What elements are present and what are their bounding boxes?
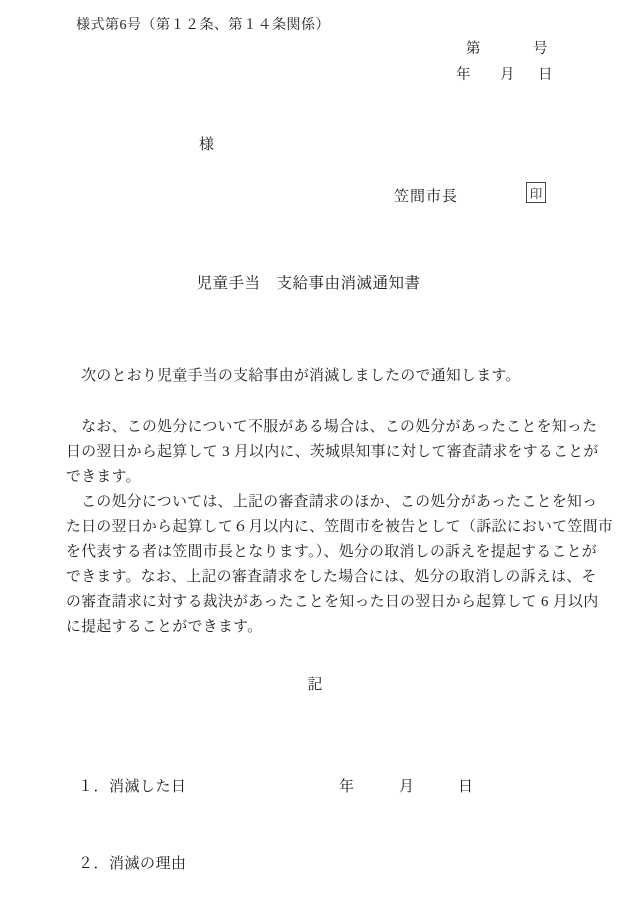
- seal-mark: 印: [526, 182, 546, 203]
- ki-heading: 記: [0, 673, 630, 694]
- doc-number-prefix: 第: [466, 37, 481, 58]
- body-line: た日の翌日から起算して６月以内に、笠間市を被告として（訴訟において笠間市: [66, 515, 613, 540]
- item1-month-label: 月: [399, 775, 414, 796]
- doc-number-suffix: 号: [533, 37, 548, 58]
- body-line: できます。なお、上記の審査請求をした場合には、処分の取消しの訴えは、そ: [66, 565, 613, 590]
- date-year-label: 年: [456, 63, 471, 84]
- body-line: を代表する者は笠間市長となります。）、処分の取消しの訴えを提起することが: [66, 540, 613, 565]
- document-title: 児童手当 支給事由消滅通知書: [0, 271, 617, 293]
- body-line: 日の翌日から起算して 3 月以内に、茨城県知事に対して審査請求をすることが: [66, 440, 613, 465]
- body-line: なお、この処分について不服がある場合は、この処分があったことを知った: [66, 415, 613, 440]
- appeal-information-paragraphs: なお、この処分について不服がある場合は、この処分があったことを知った 日の翌日か…: [66, 415, 613, 640]
- form-number: 様式第6号（第１２条、第１４条関係）: [76, 14, 330, 34]
- item1-day-label: 日: [458, 775, 473, 796]
- body-line: に提起することができます。: [66, 615, 613, 640]
- item1-year-label: 年: [339, 775, 354, 796]
- sender-name: 笠間市長: [394, 185, 458, 206]
- addressee-honorific: 様: [199, 133, 214, 154]
- item2-label: ２．消滅の理由: [78, 852, 187, 873]
- intro-paragraph: 次のとおり児童手当の支給事由が消滅しましたので通知します。: [66, 364, 521, 385]
- body-line: できます。: [66, 465, 613, 490]
- notice-document: 様式第6号（第１２条、第１４条関係） 第 号 年 月 日 様 笠間市長 印 児童…: [0, 0, 630, 903]
- date-month-label: 月: [500, 63, 515, 84]
- date-day-label: 日: [538, 63, 553, 84]
- body-line: この処分については、上記の審査請求のほか、この処分があったことを知っ: [66, 490, 613, 515]
- seal-label: 印: [530, 184, 543, 202]
- item1-label: １．消滅した日: [78, 775, 187, 796]
- body-line: の審査請求に対する裁決があったことを知った日の翌日から起算して 6 月以内: [66, 590, 613, 615]
